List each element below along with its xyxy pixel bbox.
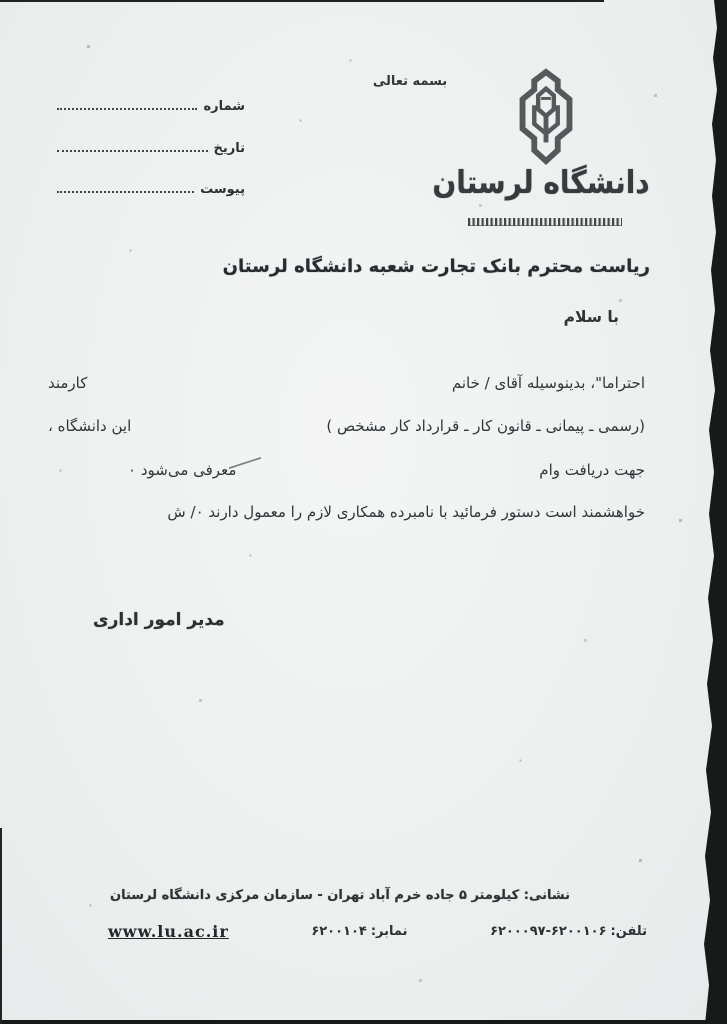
footer-contacts-row: تلفن: ۶۲۰۰۰۹۷-۶۲۰۰۱۰۶ نمابر: ۶۲۰۰۱۰۴ www… [108, 922, 647, 941]
besmeleh-text: بسمه تعالی [358, 74, 462, 89]
footer-phone-label: تلفن: [611, 924, 647, 939]
footer-fax-number: ۶۲۰۰۱۰۴ [311, 924, 367, 939]
field-date: تاریخ [57, 136, 245, 156]
field-date-dotted-line [57, 138, 208, 152]
salutation-line: با سلام [564, 308, 619, 326]
footer-website-url: www.lu.ac.ir [108, 922, 229, 941]
body-line-4: خواهشمند است دستور فرمائید با نامبرده هم… [55, 503, 645, 521]
scan-edge-bottom [0, 1020, 727, 1024]
field-number-dotted-line [57, 96, 197, 110]
body-line-1-start: احتراما"، بدینوسیله آقای / خانم [452, 374, 645, 392]
field-attachment: پیوست [57, 177, 245, 197]
body-line-2-end: این دانشگاه ، [48, 417, 131, 435]
field-date-label: تاریخ [214, 141, 246, 156]
footer-fax: نمابر: ۶۲۰۰۱۰۴ [311, 924, 407, 939]
scan-torn-edge-right [703, 0, 727, 1024]
body-line-3: جهت دریافت وام معرفی می‌شود ٠ [128, 461, 645, 479]
scanned-letter-page: بسمه تعالی شماره تاریخ پیوست دانشگاه لرس… [0, 0, 727, 1024]
body-line-2: (رسمی ـ پیمانی ـ قانون کار ـ قرارداد کار… [48, 417, 645, 435]
field-attachment-label: پیوست [200, 182, 245, 197]
university-name-logotype: دانشگاه لرستان [420, 164, 662, 201]
scan-noise-speckles [0, 0, 1, 1]
footer-address: نشانی: کیلومتر ۵ جاده خرم آباد تهران - س… [100, 888, 580, 903]
body-line-3-start: جهت دریافت وام [539, 461, 645, 479]
field-attachment-dotted-line [57, 179, 194, 193]
recipient-line: ریاست محترم بانک تجارت شعبه دانشگاه لرست… [223, 256, 650, 277]
body-line-1-end: کارمند [48, 374, 87, 392]
signature-title: مدیر امور اداری [93, 610, 225, 630]
scan-edge-left [0, 828, 2, 1024]
body-line-1: احتراما"، بدینوسیله آقای / خانم کارمند [48, 374, 645, 392]
footer-phone-numbers: ۶۲۰۰۰۹۷-۶۲۰۰۱۰۶ [490, 924, 606, 939]
body-line-2-start: (رسمی ـ پیمانی ـ قانون کار ـ قرارداد کار… [326, 417, 645, 435]
logo-motto-strip [468, 218, 622, 226]
footer-fax-label: نمابر: [371, 924, 408, 939]
field-number-label: شماره [203, 99, 245, 114]
footer-phone: تلفن: ۶۲۰۰۰۹۷-۶۲۰۰۱۰۶ [490, 924, 647, 939]
body-line-3-end: معرفی می‌شود ٠ [128, 461, 236, 479]
scan-edge-top [0, 0, 604, 2]
lorestan-university-emblem-icon [502, 68, 590, 168]
field-number: شماره [57, 94, 245, 114]
